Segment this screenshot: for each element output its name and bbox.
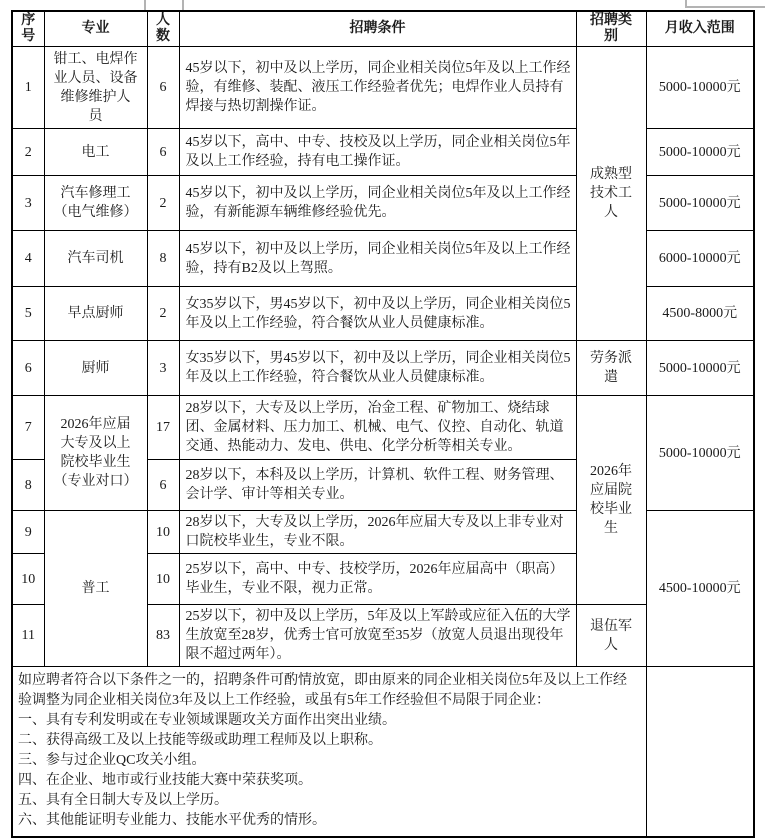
cell-income: 5000-10000元: [646, 129, 754, 176]
cell-income: 5000-10000元: [646, 341, 754, 396]
cell-headcount: 3: [147, 341, 179, 396]
cell-conditions: 28岁以下，大专及以上学历，2026年应届大专及以上非专业对口院校毕业生，专业不…: [179, 511, 576, 554]
header-category: 招聘类 别: [576, 11, 646, 47]
cell-income: 4500-10000元: [646, 511, 754, 667]
cell-headcount: 10: [147, 554, 179, 605]
cell-conditions: 28岁以下，本科及以上学历，计算机、软件工程、财务管理、会计学、审计等相关专业。: [179, 460, 576, 511]
cell-serial: 3: [12, 176, 44, 231]
cell-income: 4500-8000元: [646, 287, 754, 341]
notes-item: 一、具有专利发明或在专业领域课题攻关方面作出突出业绩。: [18, 711, 640, 731]
table-row: 7 2026年应届 大专及以上 院校毕业生 （专业对口） 17 28岁以下，大专…: [12, 396, 754, 460]
header-headcount: 人 数: [147, 11, 179, 47]
notes-item: 六、其他能证明专业能力、技能水平优秀的情形。: [18, 811, 640, 831]
notes-item: 三、参与过企业QC攻关小组。: [18, 751, 640, 771]
cell-conditions: 女35岁以下，男45岁以下，初中及以上学历，同企业相关岗位5年及以上工作经验，符…: [179, 287, 576, 341]
notes-item: 五、具有全日制大专及以上学历。: [18, 791, 640, 811]
cell-category-mature-workers: 成熟型 技术工 人: [576, 47, 646, 341]
cell-headcount: 6: [147, 47, 179, 129]
cell-conditions: 45岁以下，初中及以上学历，同企业相关岗位5年及以上工作经验，持有B2及以上驾照…: [179, 231, 576, 287]
header-major: 专业: [44, 11, 147, 47]
cell-headcount: 83: [147, 605, 179, 667]
notes-row: 如应聘者符合以下条件之一的，招聘条件可酌情放宽，即由原来的同企业相关岗位5年及以…: [12, 667, 754, 837]
cell-serial: 5: [12, 287, 44, 341]
cell-major: 钳工、电焊作 业人员、设备 维修维护人 员: [44, 47, 147, 129]
table-row: 1 钳工、电焊作 业人员、设备 维修维护人 员 6 45岁以下，初中及以上学历，…: [12, 47, 754, 129]
recruitment-table: 序 号 专业 人 数 招聘条件 招聘类 别 月收入范围 1 钳工、电焊作 业人员…: [11, 10, 755, 838]
cell-headcount: 6: [147, 129, 179, 176]
cell-major: 2026年应届 大专及以上 院校毕业生 （专业对口）: [44, 396, 147, 511]
cell-conditions: 28岁以下，大专及以上学历，冶金工程、矿物加工、烧结球团、金属材料、压力加工、机…: [179, 396, 576, 460]
cell-headcount: 10: [147, 511, 179, 554]
notes-intro: 如应聘者符合以下条件之一的，招聘条件可酌情放宽，即由原来的同企业相关岗位5年及以…: [18, 671, 640, 711]
cell-conditions: 25岁以下，高中、中专、技校学历，2026年应届高中（职高）毕业生，专业不限，视…: [179, 554, 576, 605]
cell-conditions: 女35岁以下，男45岁以下，初中及以上学历，同企业相关岗位5年及以上工作经验，符…: [179, 341, 576, 396]
cell-income: 5000-10000元: [646, 47, 754, 129]
table-row: 6 厨师 3 女35岁以下，男45岁以下，初中及以上学历，同企业相关岗位5年及以…: [12, 341, 754, 396]
cell-headcount: 2: [147, 176, 179, 231]
cell-headcount: 8: [147, 231, 179, 287]
cell-serial: 1: [12, 47, 44, 129]
notes-item: 二、获得高级工及以上技能等级或助理工程师及以上职称。: [18, 731, 640, 751]
top-edge-artifact-line: [144, 0, 146, 10]
cell-conditions: 45岁以下，初中及以上学历，同企业相关岗位5年及以上工作经验，有维修、装配、液压…: [179, 47, 576, 129]
cell-income: 6000-10000元: [646, 231, 754, 287]
notes-cell: 如应聘者符合以下条件之一的，招聘条件可酌情放宽，即由原来的同企业相关岗位5年及以…: [12, 667, 646, 837]
cell-serial: 7: [12, 396, 44, 460]
top-edge-artifact-line: [182, 0, 184, 10]
notes-item: 四、在企业、地市或行业技能大赛中荣获奖项。: [18, 771, 640, 791]
cell-major: 汽车修理工 （电气维修）: [44, 176, 147, 231]
cell-income: 5000-10000元: [646, 176, 754, 231]
header-row: 序 号 专业 人 数 招聘条件 招聘类 别 月收入范围: [12, 11, 754, 47]
cell-category-labor-dispatch: 劳务派 遣: [576, 341, 646, 396]
cell-major: 汽车司机: [44, 231, 147, 287]
cell-serial: 9: [12, 511, 44, 554]
header-income-range: 月收入范围: [646, 11, 754, 47]
cell-conditions: 25岁以下，初中及以上学历，5年及以上军龄或应征入伍的大学生放宽至28岁，优秀士…: [179, 605, 576, 667]
cell-major: 电工: [44, 129, 147, 176]
cell-category-2026-graduates: 2026年 应届院 校毕业 生: [576, 396, 646, 605]
top-edge-artifact-corner: [685, 6, 765, 8]
cell-headcount: 2: [147, 287, 179, 341]
cell-serial: 6: [12, 341, 44, 396]
cell-serial: 11: [12, 605, 44, 667]
cell-headcount: 17: [147, 396, 179, 460]
cell-serial: 8: [12, 460, 44, 511]
cell-category-veterans: 退伍军 人: [576, 605, 646, 667]
cell-major: 厨师: [44, 341, 147, 396]
cell-conditions: 45岁以下，初中及以上学历，同企业相关岗位5年及以上工作经验，有新能源车辆维修经…: [179, 176, 576, 231]
cell-income: 5000-10000元: [646, 396, 754, 511]
header-serial-number: 序 号: [12, 11, 44, 47]
cell-serial: 4: [12, 231, 44, 287]
cell-major: 普工: [44, 511, 147, 667]
cell-serial: 2: [12, 129, 44, 176]
notes-income-empty-cell: [646, 667, 754, 837]
cell-conditions: 45岁以下，高中、中专、技校及以上学历，同企业相关岗位5年及以上工作经验，持有电…: [179, 129, 576, 176]
cell-headcount: 6: [147, 460, 179, 511]
cell-major: 早点厨师: [44, 287, 147, 341]
cell-serial: 10: [12, 554, 44, 605]
header-conditions: 招聘条件: [179, 11, 576, 47]
